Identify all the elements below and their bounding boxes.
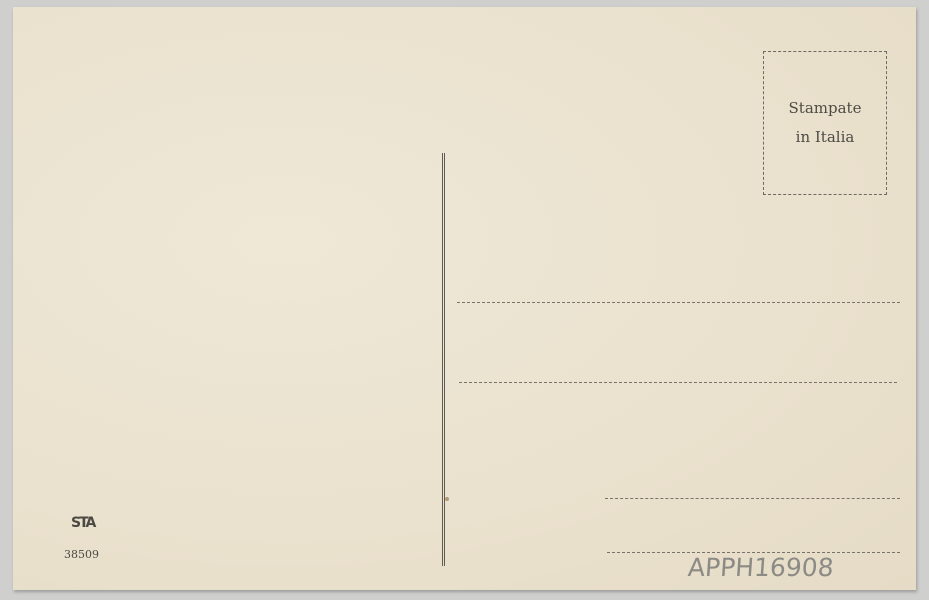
- message-address-divider: [442, 153, 445, 566]
- address-line-3: [605, 498, 900, 499]
- address-line-1: [457, 302, 900, 303]
- postcard-back: Stampate in Italia STA 38509: [13, 7, 916, 590]
- stamp-text-line1: Stampate: [789, 94, 862, 123]
- stamp-placeholder-box: Stampate in Italia: [763, 51, 887, 195]
- publisher-logo: STA: [71, 515, 94, 531]
- address-line-2: [459, 382, 897, 383]
- paper-spot: [445, 497, 449, 501]
- handwritten-catalog-number: APPH16908: [687, 553, 835, 582]
- stamp-text-line2: in Italia: [796, 123, 855, 152]
- serial-number: 38509: [64, 548, 99, 561]
